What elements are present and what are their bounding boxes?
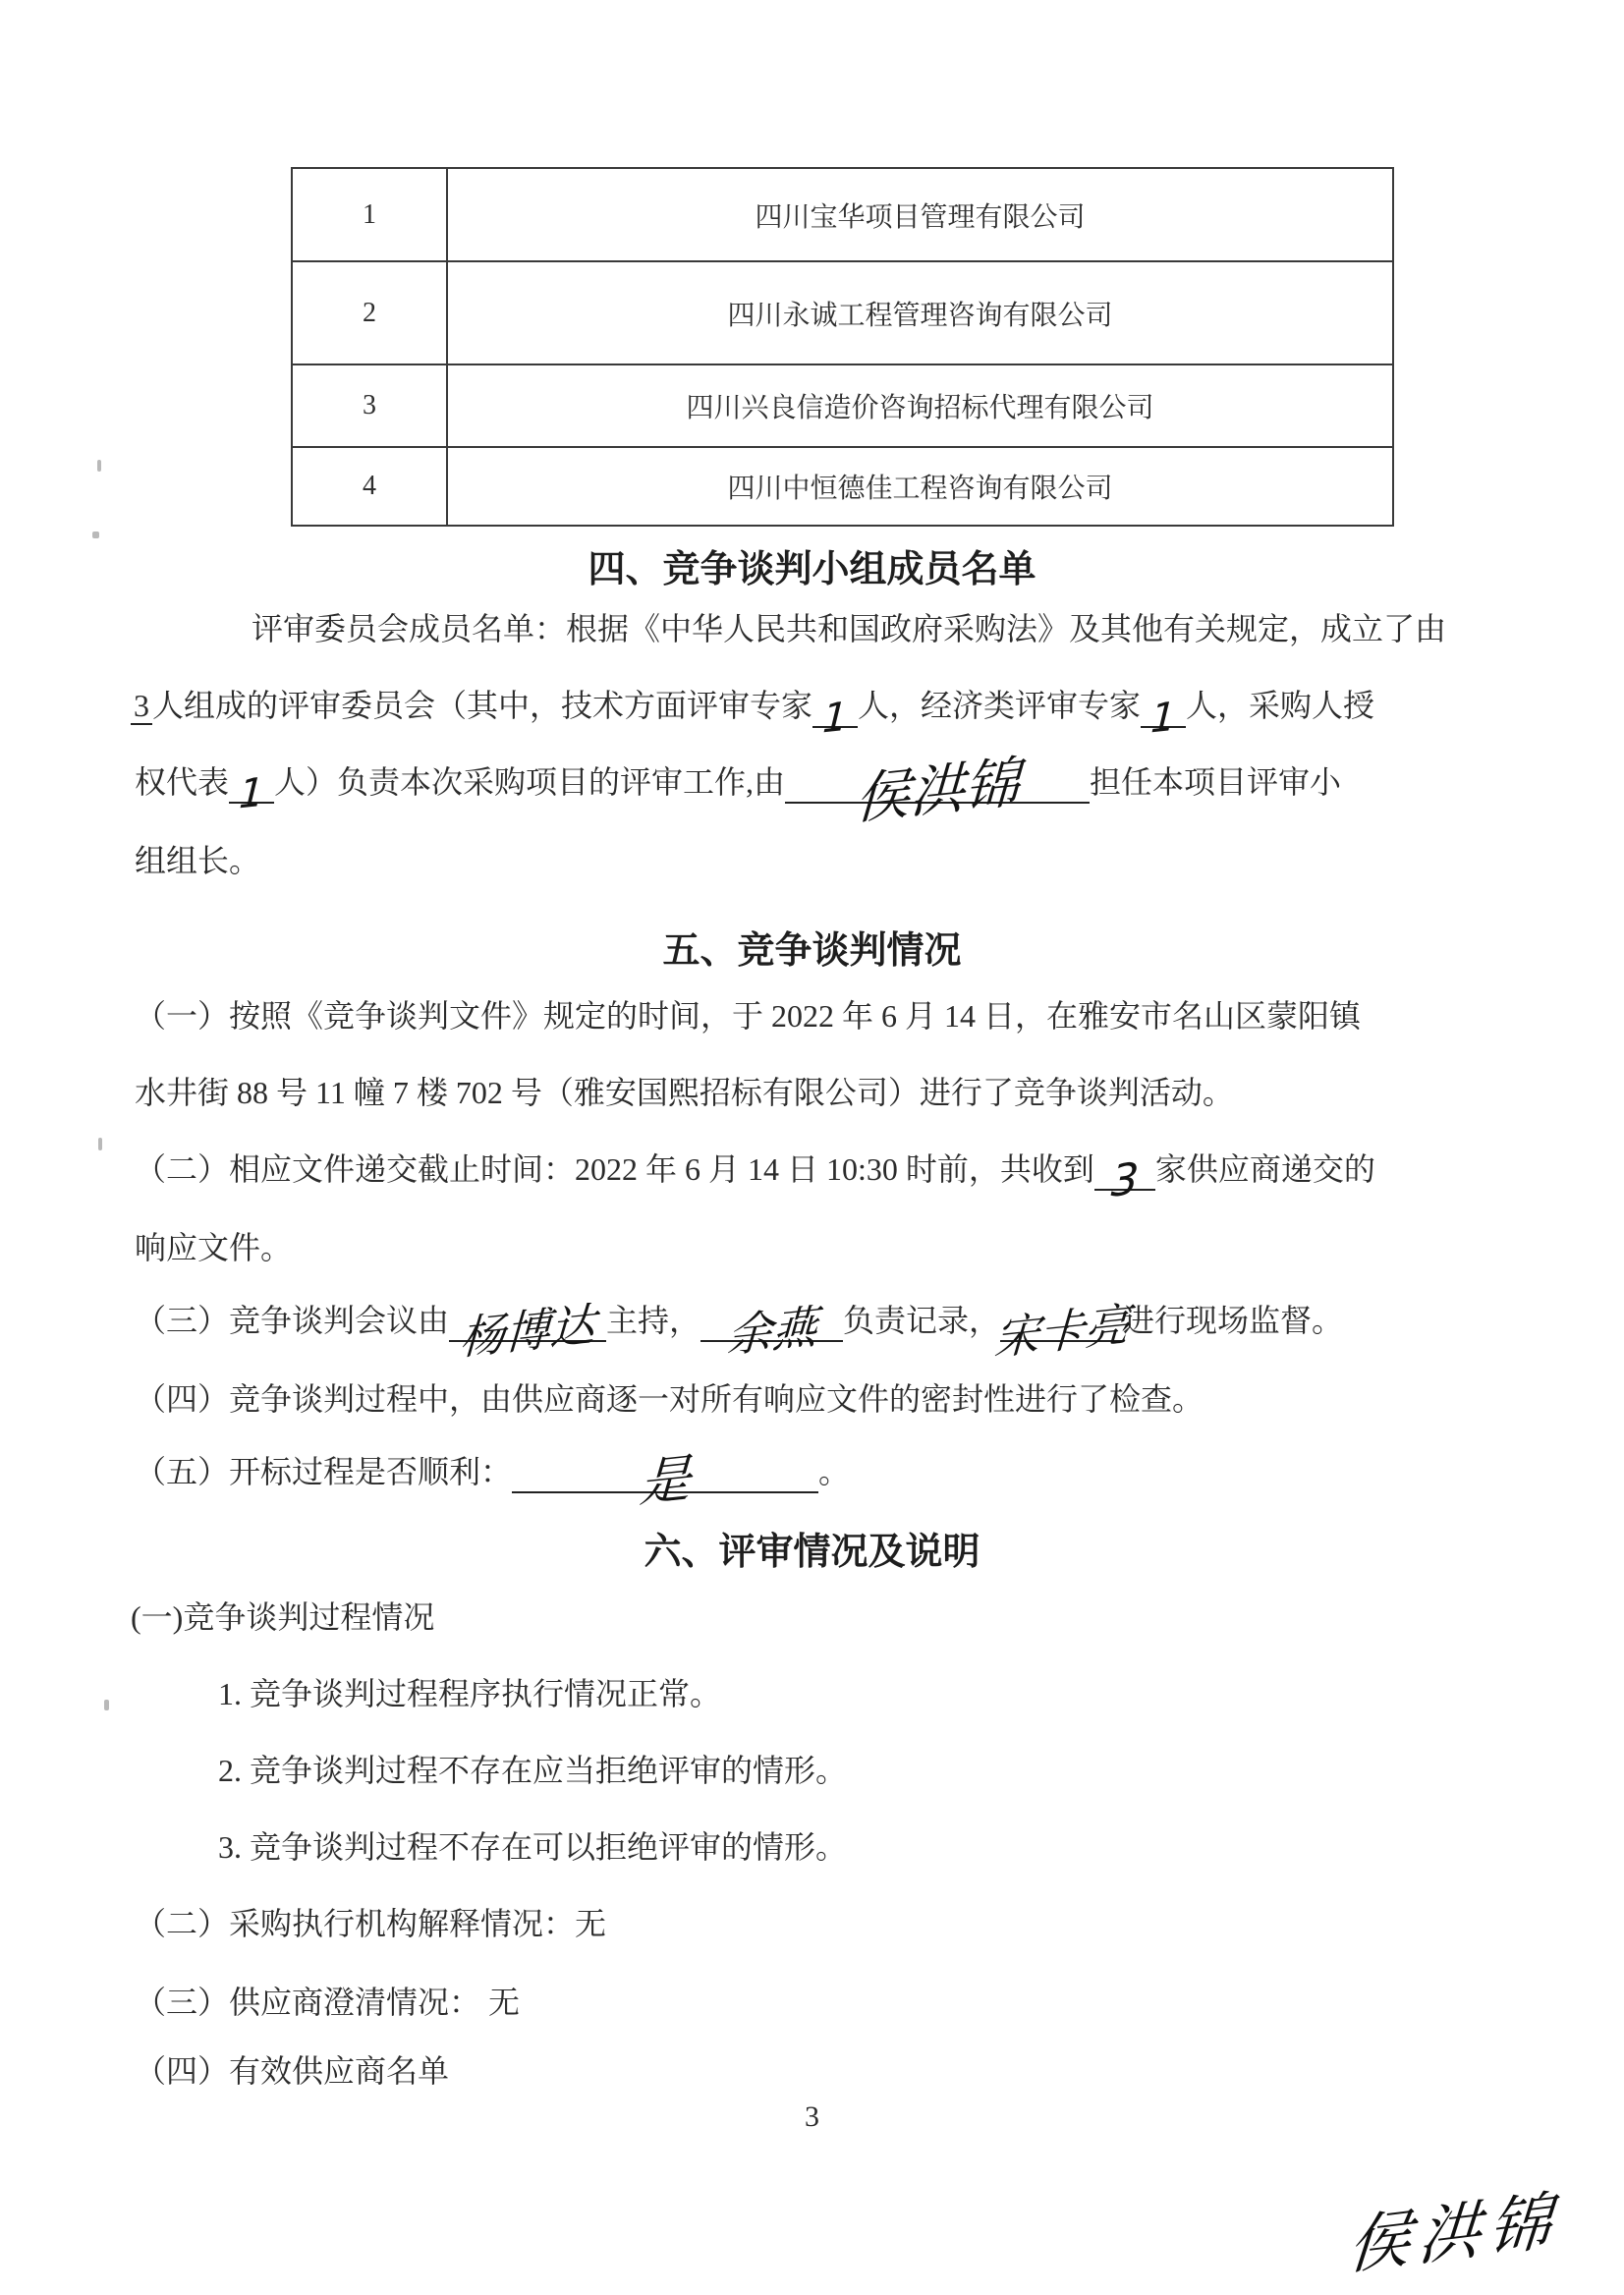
section6-sub4: （四）有效供应商名单 bbox=[135, 2049, 449, 2093]
section4-paragraph-line3: 权代表1人）负责本次采购项目的评审工作,由侯洪锦担任本项目评审小 bbox=[135, 760, 1341, 804]
tech-expert-count-slot: 1 bbox=[812, 691, 858, 728]
scan-artifact bbox=[98, 1138, 102, 1150]
scan-artifact bbox=[104, 1700, 109, 1710]
expert-total-count: 3 bbox=[131, 688, 152, 725]
text-fragment: 人，采购人授 bbox=[1186, 688, 1374, 723]
scan-artifact bbox=[97, 460, 101, 472]
econ-expert-count-slot: 1 bbox=[1141, 691, 1186, 728]
row-number: 2 bbox=[292, 261, 447, 364]
row-number: 3 bbox=[292, 364, 447, 447]
table-row: 2 四川永诚工程管理咨询有限公司 bbox=[292, 261, 1393, 364]
section6-sub3: （三）供应商澄清情况： 无 bbox=[135, 1981, 520, 2024]
section4-paragraph-line2: 3人组成的评审委员会（其中，技术方面评审专家1人，经济类评审专家1人，采购人授 bbox=[131, 684, 1374, 727]
section6-sub1-item2: 2. 竞争谈判过程不存在应当拒绝评审的情形。 bbox=[218, 1749, 847, 1792]
section4-paragraph-line4: 组组长。 bbox=[135, 839, 260, 882]
text-fragment: 负责记录， bbox=[843, 1303, 1000, 1338]
handwritten-group-leader-signature: 侯洪锦 bbox=[854, 756, 1021, 828]
section5-item2-line1: （二）相应文件递交截止时间：2022 年 6 月 14 日 10:30 时前，共… bbox=[135, 1147, 1375, 1191]
table-row: 3 四川兴良信造价咨询招标代理有限公司 bbox=[292, 364, 1393, 447]
handwritten-tech-expert-count: 1 bbox=[821, 697, 848, 739]
handwritten-yes-answer: 是 bbox=[639, 1453, 692, 1510]
text-fragment: 人组成的评审委员会（其中，技术方面评审专家 bbox=[152, 688, 812, 723]
table-row: 4 四川中恒德佳工程咨询有限公司 bbox=[292, 447, 1393, 526]
text-fragment: 权代表 bbox=[135, 764, 229, 800]
text-fragment: （三）竞争谈判会议由 bbox=[135, 1303, 449, 1338]
text-fragment: （二）相应文件递交截止时间：2022 年 6 月 14 日 10:30 时前，共… bbox=[135, 1151, 1094, 1187]
section6-sub1-item1: 1. 竞争谈判过程程序执行情况正常。 bbox=[218, 1672, 721, 1715]
section5-item1-line2: 水井街 88 号 11 幢 7 楼 702 号（雅安国熙招标有限公司）进行了竞争… bbox=[135, 1071, 1234, 1114]
supervisor-name-slot: 宋卡亮 bbox=[1000, 1305, 1123, 1342]
text-fragment: 家供应商递交的 bbox=[1155, 1151, 1375, 1187]
text-fragment: 进行现场监督。 bbox=[1123, 1303, 1343, 1338]
supplier-name: 四川中恒德佳工程咨询有限公司 bbox=[447, 447, 1393, 526]
text-fragment: 主持， bbox=[606, 1303, 700, 1338]
section6-sub1-item3: 3. 竞争谈判过程不存在可以拒绝评审的情形。 bbox=[218, 1825, 847, 1869]
section5-item1-line1: （一）按照《竞争谈判文件》规定的时间，于 2022 年 6 月 14 日，在雅安… bbox=[135, 994, 1361, 1037]
section5-item4: （四）竞争谈判过程中，由供应商逐一对所有响应文件的密封性进行了检查。 bbox=[135, 1377, 1204, 1421]
supplier-table: 1 四川宝华项目管理有限公司 2 四川永诚工程管理咨询有限公司 3 四川兴良信造… bbox=[291, 167, 1394, 527]
section6-sub1: (一)竞争谈判过程情况 bbox=[131, 1595, 434, 1639]
scan-artifact bbox=[92, 532, 99, 538]
section4-heading: 四、竞争谈判小组成员名单 bbox=[0, 538, 1624, 592]
table-row: 1 四川宝华项目管理有限公司 bbox=[292, 168, 1393, 261]
handwritten-supplier-count: 3 bbox=[1110, 1157, 1140, 1203]
section4-paragraph-line1: 评审委员会成员名单：根据《中华人民共和国政府采购法》及其他有关规定，成立了由 bbox=[252, 607, 1446, 650]
supplier-name: 四川宝华项目管理有限公司 bbox=[447, 168, 1393, 261]
section5-heading: 五、竞争谈判情况 bbox=[0, 920, 1624, 974]
section6-heading: 六、评审情况及说明 bbox=[0, 1521, 1624, 1575]
text-fragment: 人，经济类评审专家 bbox=[858, 688, 1141, 723]
bid-opening-smooth-slot: 是 bbox=[512, 1456, 818, 1493]
handwritten-supervisor-signature: 宋卡亮 bbox=[993, 1302, 1131, 1362]
group-leader-name-slot: 侯洪锦 bbox=[785, 766, 1090, 804]
section5-item5: （五）开标过程是否顺利：是。 bbox=[135, 1450, 850, 1493]
row-number: 1 bbox=[292, 168, 447, 261]
recorder-name-slot: 余燕 bbox=[700, 1305, 843, 1342]
text-fragment: 担任本项目评审小 bbox=[1090, 764, 1341, 800]
text-fragment: （五）开标过程是否顺利： bbox=[135, 1454, 512, 1489]
row-number: 4 bbox=[292, 447, 447, 526]
section5-item3: （三）竞争谈判会议由杨博达主持，余燕负责记录，宋卡亮进行现场监督。 bbox=[135, 1299, 1343, 1342]
text-fragment: 。 bbox=[818, 1454, 850, 1489]
supplier-name: 四川兴良信造价咨询招标代理有限公司 bbox=[447, 364, 1393, 447]
section5-item2-line2: 响应文件。 bbox=[135, 1226, 292, 1269]
supplier-count-slot: 3 bbox=[1094, 1153, 1155, 1191]
section6-sub2: （二）采购执行机构解释情况：无 bbox=[135, 1902, 606, 1945]
host-name-slot: 杨博达 bbox=[449, 1305, 606, 1342]
handwritten-recorder-signature: 余燕 bbox=[726, 1304, 818, 1359]
text-fragment: 人）负责本次采购项目的评审工作,由 bbox=[274, 764, 785, 800]
handwritten-econ-expert-count: 1 bbox=[1149, 697, 1176, 739]
handwritten-host-signature: 杨博达 bbox=[459, 1302, 596, 1362]
handwritten-purchaser-rep-count: 1 bbox=[238, 772, 264, 814]
purchaser-rep-count-slot: 1 bbox=[229, 766, 274, 804]
page-number: 3 bbox=[0, 2100, 1624, 2134]
handwritten-corner-signature: 侯洪锦 bbox=[1345, 2169, 1564, 2287]
supplier-name: 四川永诚工程管理咨询有限公司 bbox=[447, 261, 1393, 364]
document-page: 1 四川宝华项目管理有限公司 2 四川永诚工程管理咨询有限公司 3 四川兴良信造… bbox=[0, 0, 1624, 2295]
